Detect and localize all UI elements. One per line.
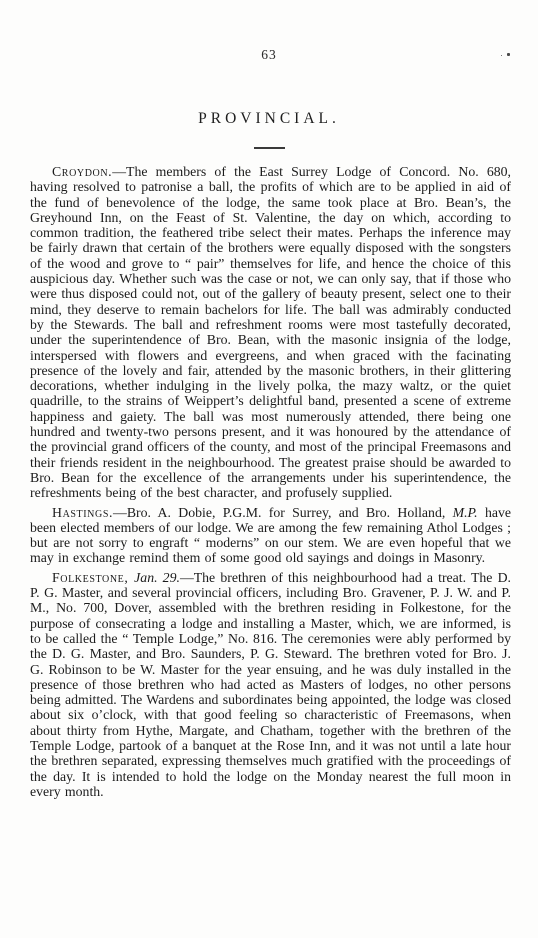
scan-artifact-icon [507, 53, 510, 56]
text-run: —The brethren of this neighbourhood had … [30, 570, 511, 799]
dateline-folkestone: Folkestone, [52, 570, 134, 585]
text-run: —Bro. A. Dobie, P.G.M. for Surrey, and B… [113, 505, 453, 520]
paragraph-hastings: Hastings.—Bro. A. Dobie, P.G.M. for Surr… [30, 505, 511, 566]
italic-run: Jan. 29. [134, 570, 180, 585]
page-number: 63 [0, 47, 538, 62]
document-page: 63 PROVINCIAL. Croydon.—The members of t… [0, 0, 538, 938]
italic-run: M.P. [453, 505, 478, 520]
dateline-croydon: Croydon. [52, 164, 112, 179]
title-divider [254, 147, 285, 149]
page-title: PROVINCIAL. [0, 110, 538, 128]
paragraph-croydon: Croydon.—The members of the East Surrey … [30, 164, 511, 501]
dateline-hastings: Hastings. [52, 505, 113, 520]
paragraph-folkestone: Folkestone, Jan. 29.—The brethren of thi… [30, 570, 511, 799]
text-run: —The members of the East Surrey Lodge of… [30, 164, 511, 500]
article-body: Croydon.—The members of the East Surrey … [30, 164, 511, 799]
